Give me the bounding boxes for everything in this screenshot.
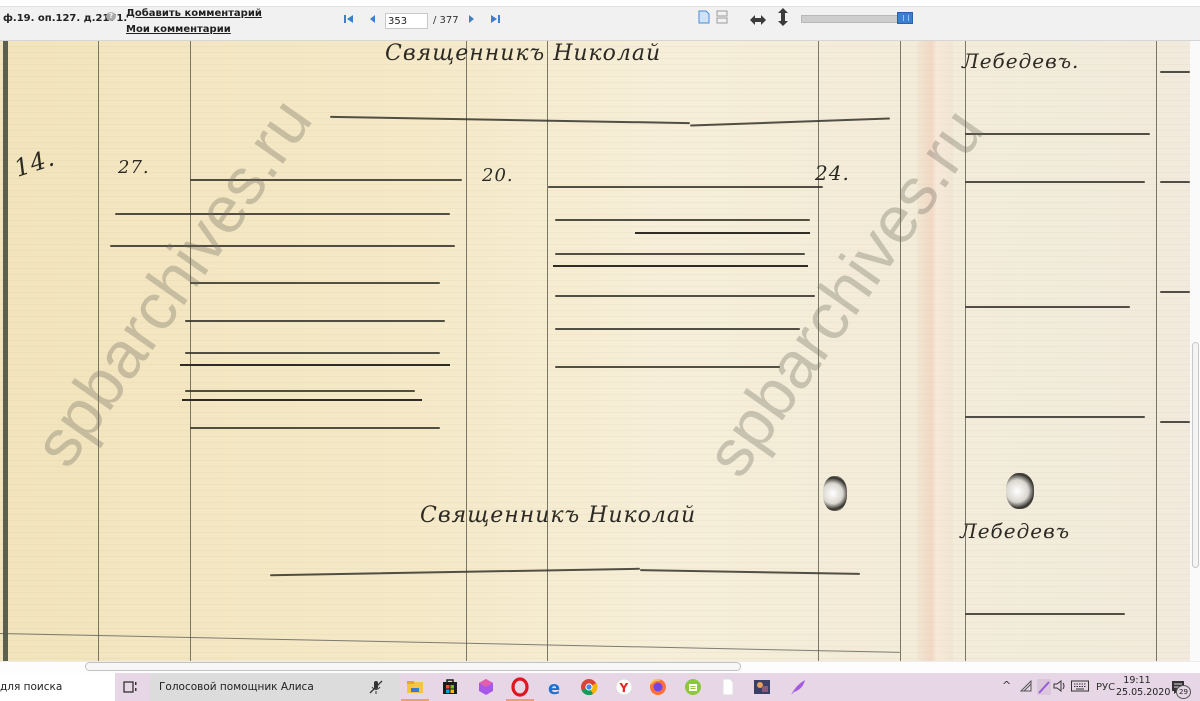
horizontal-scrollbar-thumb[interactable]: [85, 662, 741, 671]
column-rule: [900, 41, 901, 673]
scanned-page: [0, 41, 1200, 673]
purple-feather-icon[interactable]: [788, 677, 808, 697]
single-page-view-button[interactable]: [698, 9, 710, 28]
right-page-name-2: Лебедевъ: [960, 519, 1070, 543]
game-thumbnail-icon[interactable]: [752, 677, 772, 697]
handwriting-line: [1160, 421, 1190, 423]
my-comments-link[interactable]: Мои комментарии: [126, 24, 231, 35]
handwriting-line: [1160, 71, 1190, 73]
last-page-icon: [488, 12, 502, 26]
zoom-slider-thumb[interactable]: [897, 12, 913, 24]
handwriting-line: [965, 416, 1145, 418]
handwriting-line: [1160, 181, 1190, 183]
book-spine: [917, 41, 953, 673]
handwriting-line: [190, 282, 440, 284]
handwriting-line: [965, 133, 1150, 135]
yandex-browser-icon[interactable]: Y: [614, 677, 634, 697]
handwriting-line: [185, 320, 445, 322]
first-page-icon: [342, 12, 356, 26]
edge-browser-icon[interactable]: e: [545, 677, 565, 697]
right-page-name: Лебедевъ.: [962, 49, 1079, 73]
file-explorer-icon[interactable]: [405, 677, 425, 697]
viewer-toolbar: ф.19. оп.127. д.2171. ? Добавить коммент…: [0, 0, 1200, 41]
handwriting-line: [555, 219, 810, 221]
column-rule: [818, 41, 819, 673]
last-page-button[interactable]: [488, 12, 502, 26]
pen-tray-icon[interactable]: [1037, 679, 1051, 695]
underline: [182, 399, 422, 401]
column-rule: [190, 41, 191, 673]
birth-date: 27.: [118, 157, 150, 178]
age-value: 24.: [815, 161, 850, 185]
underline: [635, 232, 810, 234]
handwriting-line: [115, 213, 450, 215]
handwriting-line: [555, 328, 800, 330]
baptism-date: 20.: [482, 165, 514, 186]
handwriting-line: [190, 427, 440, 429]
handwriting-line: [185, 390, 415, 392]
header-signature: Священникъ Николай: [385, 41, 661, 66]
green-app-icon[interactable]: [683, 677, 703, 697]
assistant-label: Голосовой помощник Алиса: [159, 681, 314, 693]
next-page-button[interactable]: [464, 12, 478, 26]
notification-count-badge: 29: [1176, 685, 1191, 699]
column-rule: [1156, 41, 1157, 673]
task-view-button[interactable]: [122, 679, 138, 695]
taskbar-search-box[interactable]: для поиска: [0, 673, 115, 701]
svg-text:e: e: [548, 678, 560, 697]
column-rule: [98, 41, 99, 673]
document-viewer[interactable]: Священникъ Николай 14. 27. 20. 24. Свяще…: [0, 41, 1200, 673]
windows-taskbar: для поиска Голосовой помощник Алиса e Y: [0, 673, 1200, 701]
handwriting-line: [555, 295, 815, 297]
speech-bubble-icon[interactable]: ?: [106, 12, 116, 21]
underline: [553, 265, 808, 267]
column-rule: [466, 41, 467, 673]
microsoft-store-icon[interactable]: [440, 677, 460, 697]
search-placeholder: для поиска: [0, 681, 62, 693]
fit-width-button[interactable]: [750, 11, 766, 30]
handwriting-line: [190, 179, 462, 181]
opera-browser-icon[interactable]: [510, 677, 530, 697]
next-page-icon: [464, 12, 478, 26]
clock-date: 25.05.2020: [1116, 687, 1158, 699]
binding-hole: [1006, 473, 1034, 509]
handwriting-line: [555, 366, 780, 368]
system-clock[interactable]: 19:11 25.05.2020: [1116, 675, 1158, 699]
fit-width-icon: [750, 14, 766, 26]
first-page-button[interactable]: [342, 12, 356, 26]
prev-page-icon: [366, 12, 380, 26]
handwriting-line: [548, 186, 823, 188]
handwriting-line: [110, 245, 455, 247]
tray-overflow-chevron[interactable]: ^: [1002, 679, 1011, 692]
handwriting-line: [965, 306, 1130, 308]
fit-height-icon: [777, 8, 789, 26]
toolbar-top-strip: [0, 0, 1200, 7]
two-page-view-button[interactable]: [716, 9, 728, 28]
language-indicator[interactable]: РУС: [1096, 682, 1115, 693]
firefox-browser-icon[interactable]: [648, 677, 668, 697]
chrome-browser-icon[interactable]: [579, 677, 599, 697]
binding-hole: [823, 476, 847, 511]
clock-time: 19:11: [1116, 675, 1158, 687]
add-comment-link[interactable]: Добавить комментарий: [126, 8, 262, 19]
network-icon[interactable]: [1020, 680, 1032, 695]
handwriting-line: [965, 613, 1125, 615]
vertical-scrollbar-thumb[interactable]: [1192, 342, 1199, 568]
fit-height-button[interactable]: [777, 8, 789, 30]
page-total: / 377: [433, 15, 459, 26]
column-rule: [965, 41, 966, 673]
handwriting-line: [555, 253, 805, 255]
single-page-icon: [698, 10, 710, 24]
prev-page-button[interactable]: [366, 12, 380, 26]
page-number-input[interactable]: [385, 13, 428, 29]
alice-app-icon[interactable]: [476, 677, 496, 697]
svg-text:Y: Y: [619, 681, 629, 695]
handwriting-line: [965, 181, 1145, 183]
keyboard-icon[interactable]: [1071, 680, 1089, 695]
underline: [180, 364, 450, 366]
column-rule: [547, 41, 548, 673]
voice-assistant-alice[interactable]: Голосовой помощник Алиса: [150, 673, 400, 701]
task-view-icon: [122, 679, 138, 695]
blank-document-icon[interactable]: [718, 677, 738, 697]
column-rule: [3, 41, 8, 673]
two-page-icon: [716, 10, 728, 24]
volume-icon[interactable]: [1053, 680, 1067, 695]
footer-signature: Священникъ Николай: [420, 503, 696, 528]
mic-muted-icon[interactable]: [368, 679, 384, 695]
handwriting-line: [1160, 291, 1190, 293]
handwriting-line: [185, 352, 440, 354]
